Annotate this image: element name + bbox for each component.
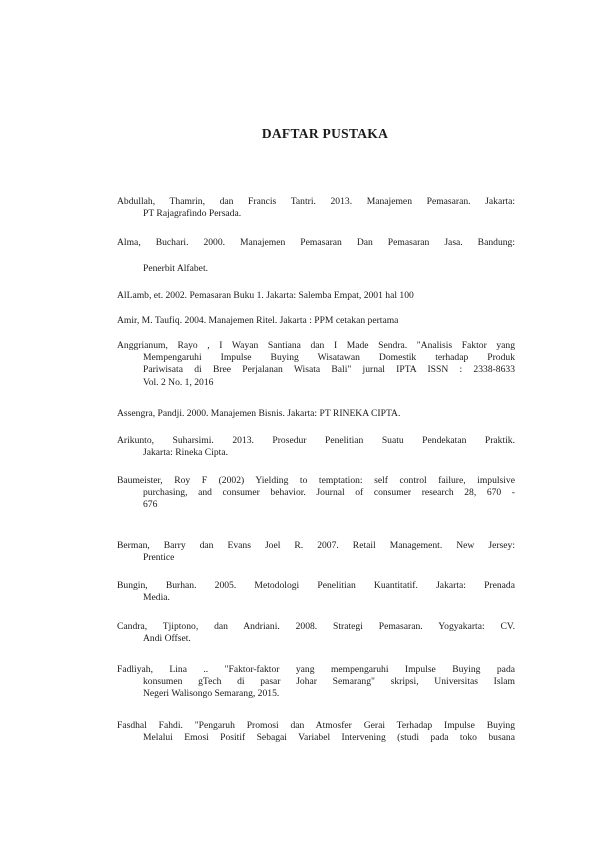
reference-line: Mempengaruhi Impulse Buying Wisatawan Do… [117, 352, 515, 364]
reference-line: PT Rajagrafindo Persada. [117, 208, 515, 220]
reference-entry: Bungin, Burhan. 2005. Metodologi Penelit… [117, 580, 515, 604]
reference-entry: Alma, Buchari. 2000. Manajemen Pemasaran… [117, 237, 515, 275]
reference-line: Arikunto, Suharsimi. 2013. Prosedur Pene… [117, 435, 515, 447]
reference-entry: Anggrianum, Rayo , I Wayan Santiana dan … [117, 340, 515, 389]
reference-entry: Abdullah, Thamrin, dan Francis Tantri. 2… [117, 196, 515, 220]
page-title: DAFTAR PUSTAKA [0, 126, 600, 142]
reference-line: Fasdhal Fahdi. "Pengaruh Promosi dan Atm… [117, 720, 515, 732]
reference-line: Baumeister, Roy F (2002) Yielding to tem… [117, 475, 515, 487]
reference-entry: Arikunto, Suharsimi. 2013. Prosedur Pene… [117, 435, 515, 459]
reference-line: Bungin, Burhan. 2005. Metodologi Penelit… [117, 580, 515, 592]
reference-line: 676 [117, 499, 515, 511]
reference-line: Fadliyah, Lina .. "Faktor-faktor yang me… [117, 664, 515, 676]
reference-entry: Fadliyah, Lina .. "Faktor-faktor yang me… [117, 664, 515, 701]
reference-entry: Amir, M. Taufiq. 2004. Manajemen Ritel. … [117, 315, 515, 327]
reference-line: Penerbit Alfabet. [117, 263, 515, 275]
reference-line: Assengra, Pandji. 2000. Manajemen Bisnis… [117, 408, 515, 420]
reference-line: AlLamb, et. 2002. Pemasaran Buku 1. Jaka… [117, 290, 515, 302]
reference-line: Media. [117, 592, 515, 604]
reference-line: Vol. 2 No. 1, 2016 [117, 377, 515, 389]
reference-entry: Fasdhal Fahdi. "Pengaruh Promosi dan Atm… [117, 720, 515, 744]
reference-line: Pariwisata di Bree Perjalanan Wisata Bal… [117, 364, 515, 376]
reference-line: Melalui Emosi Positif Sebagai Variabel I… [117, 732, 515, 744]
reference-line: Jakarta: Rineka Cipta. [117, 447, 515, 459]
reference-line: Prentice [117, 552, 515, 564]
reference-entry: Berman, Barry dan Evans Joel R. 2007. Re… [117, 540, 515, 564]
reference-line: konsumen gTech di pasar Johar Semarang" … [117, 676, 515, 688]
reference-line: purchasing, and consumer behavior. Journ… [117, 487, 515, 499]
reference-entry: Candra, Tjiptono, dan Andriani. 2008. St… [117, 621, 515, 645]
reference-entry: Assengra, Pandji. 2000. Manajemen Bisnis… [117, 408, 515, 420]
reference-line: Anggrianum, Rayo , I Wayan Santiana dan … [117, 340, 515, 352]
reference-line: Amir, M. Taufiq. 2004. Manajemen Ritel. … [117, 315, 515, 327]
reference-entry: Baumeister, Roy F (2002) Yielding to tem… [117, 475, 515, 512]
reference-line: Berman, Barry dan Evans Joel R. 2007. Re… [117, 540, 515, 552]
reference-line: Candra, Tjiptono, dan Andriani. 2008. St… [117, 621, 515, 633]
reference-line: Abdullah, Thamrin, dan Francis Tantri. 2… [117, 196, 515, 208]
reference-line: Andi Offset. [117, 633, 515, 645]
reference-line: Negeri Walisongo Semarang, 2015. [117, 688, 515, 700]
reference-entry: AlLamb, et. 2002. Pemasaran Buku 1. Jaka… [117, 290, 515, 302]
reference-line: Alma, Buchari. 2000. Manajemen Pemasaran… [117, 237, 515, 249]
